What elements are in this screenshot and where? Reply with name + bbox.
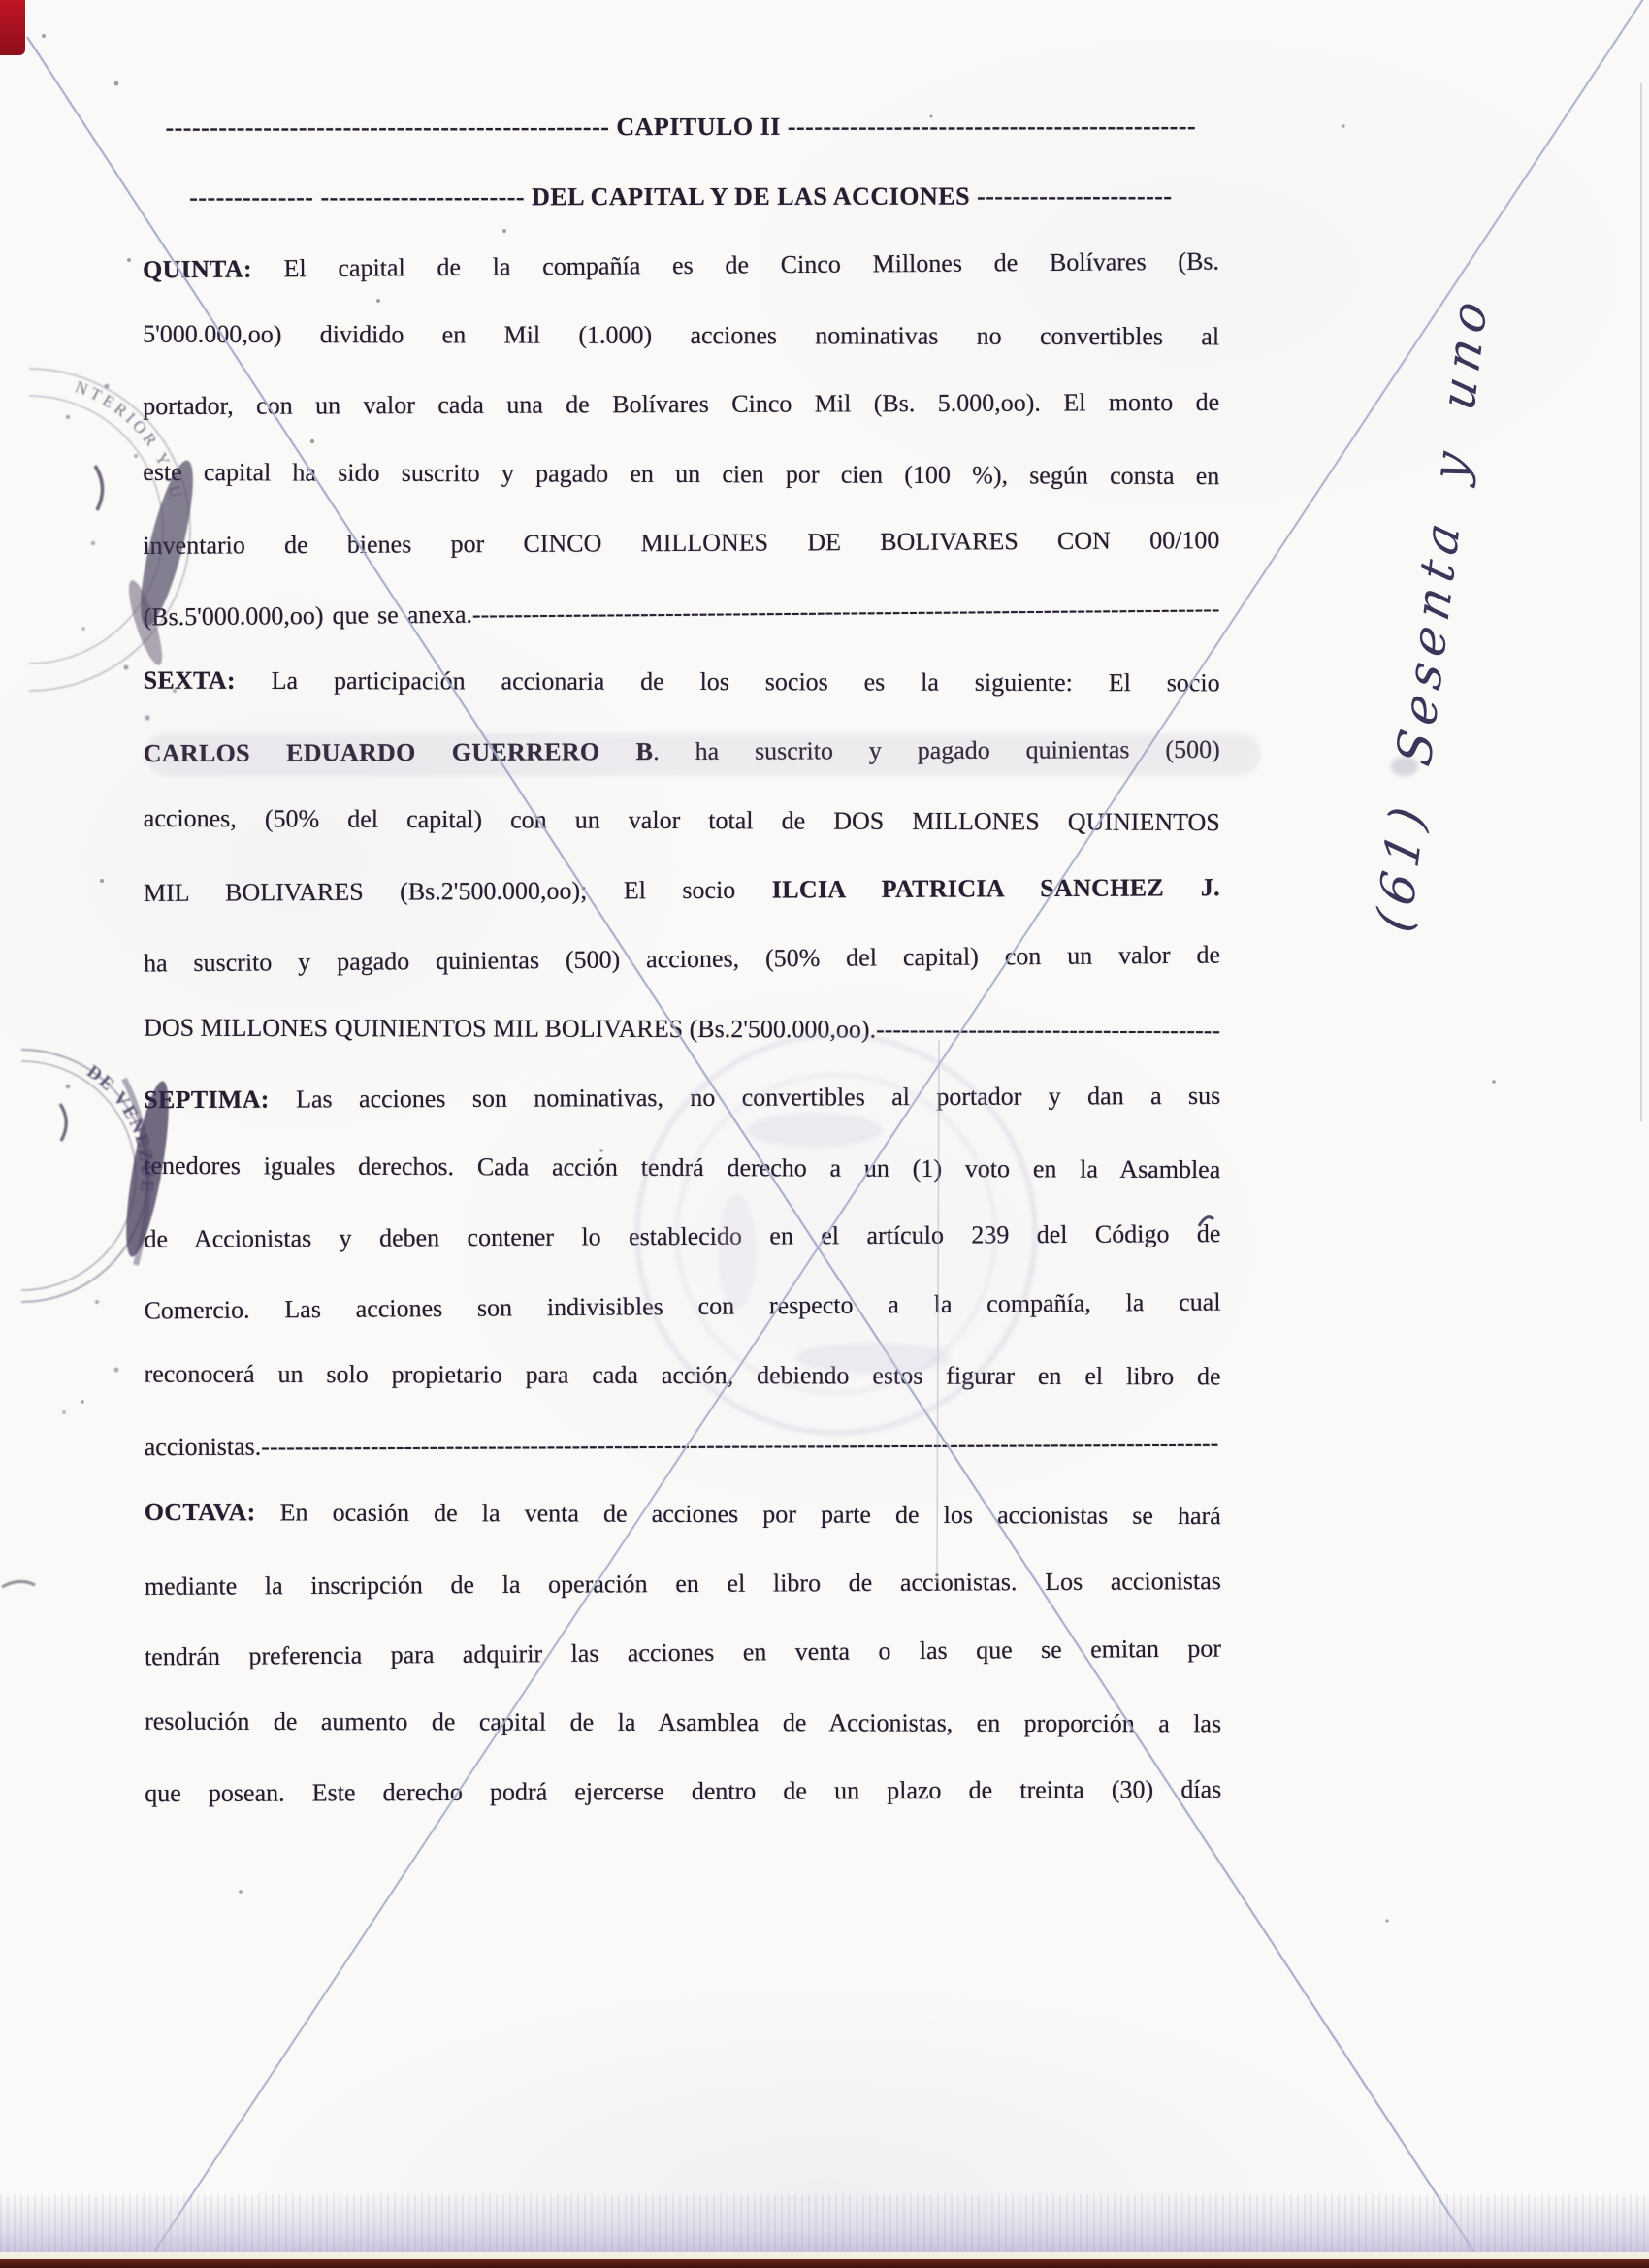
document-body: ----------------------------------------…	[143, 91, 1221, 1827]
paper-right-edge	[1640, 83, 1642, 1121]
pen-mark	[60, 1104, 66, 1141]
pen-mark	[95, 466, 103, 510]
text-line: (Bs.5'000.000,oo) que se anexa.---------…	[143, 573, 1220, 651]
text-line: tendrán preferencia para adquirir las ac…	[145, 1614, 1222, 1692]
text-line: tenedores iguales derechos. Cada acción …	[144, 1130, 1220, 1204]
paragraph-lines: QUINTA: El capital de la compañía es de …	[143, 230, 1221, 1827]
text-line: 5'000.000,oo) dividido en Mil (1.000) ac…	[143, 299, 1219, 371]
text-line: Comercio. Las acciones son indivisibles …	[144, 1267, 1221, 1345]
text-line: SEPTIMA: Las acciones son nominativas, n…	[144, 1061, 1220, 1135]
text-line: QUINTA: El capital de la compañía es de …	[143, 227, 1220, 305]
section-heading: -------------- ----------------------- D…	[143, 161, 1219, 232]
pen-mark	[2, 1581, 35, 1587]
text-line: que posean. Este derecho podrá ejercerse…	[145, 1755, 1221, 1829]
text-line: accionistas.----------------------------…	[145, 1408, 1221, 1481]
text-line: CARLOS EDUARDO GUERRERO B. ha suscrito y…	[144, 714, 1220, 788]
scanned-document-page: ----------------------------------------…	[0, 0, 1649, 2268]
text-line: portador, con un valor cada una de Bolív…	[143, 368, 1219, 441]
chapter-heading: ----------------------------------------…	[143, 91, 1219, 162]
scan-bottom-dark-bar	[0, 2259, 1649, 2268]
text-line: ha suscrito y pagado quinientas (500) ac…	[144, 921, 1221, 998]
scan-edge-red-corner	[0, 0, 25, 55]
text-line: mediante la inscripción de la operación …	[145, 1546, 1221, 1621]
text-line: acciones, (50% del capital) con un valor…	[144, 784, 1220, 858]
scan-bottom-shadow-band	[0, 2194, 1649, 2254]
text-line: DOS MILLONES QUINIENTOS MIL BOLIVARES (B…	[144, 992, 1220, 1064]
handwritten-folio-note: (61) Sesenta y uno	[1366, 288, 1499, 937]
text-line: OCTAVA: En ocasión de la venta de accion…	[145, 1477, 1221, 1551]
text-line: de Accionistas y deben contener lo estab…	[144, 1199, 1220, 1274]
text-line: resolución de aumento de capital de la A…	[145, 1686, 1221, 1758]
text-line: SEXTA: La participación accionaria de lo…	[144, 646, 1220, 718]
text-line: este capital ha sido suscrito y pagado e…	[143, 437, 1219, 510]
text-line: MIL BOLIVARES (Bs.2'500.000,oo); El soci…	[144, 853, 1220, 927]
text-line: reconocerá un solo propietario para cada…	[145, 1340, 1221, 1411]
text-line: inventario de bienes por CINCO MILLONES …	[143, 505, 1219, 580]
